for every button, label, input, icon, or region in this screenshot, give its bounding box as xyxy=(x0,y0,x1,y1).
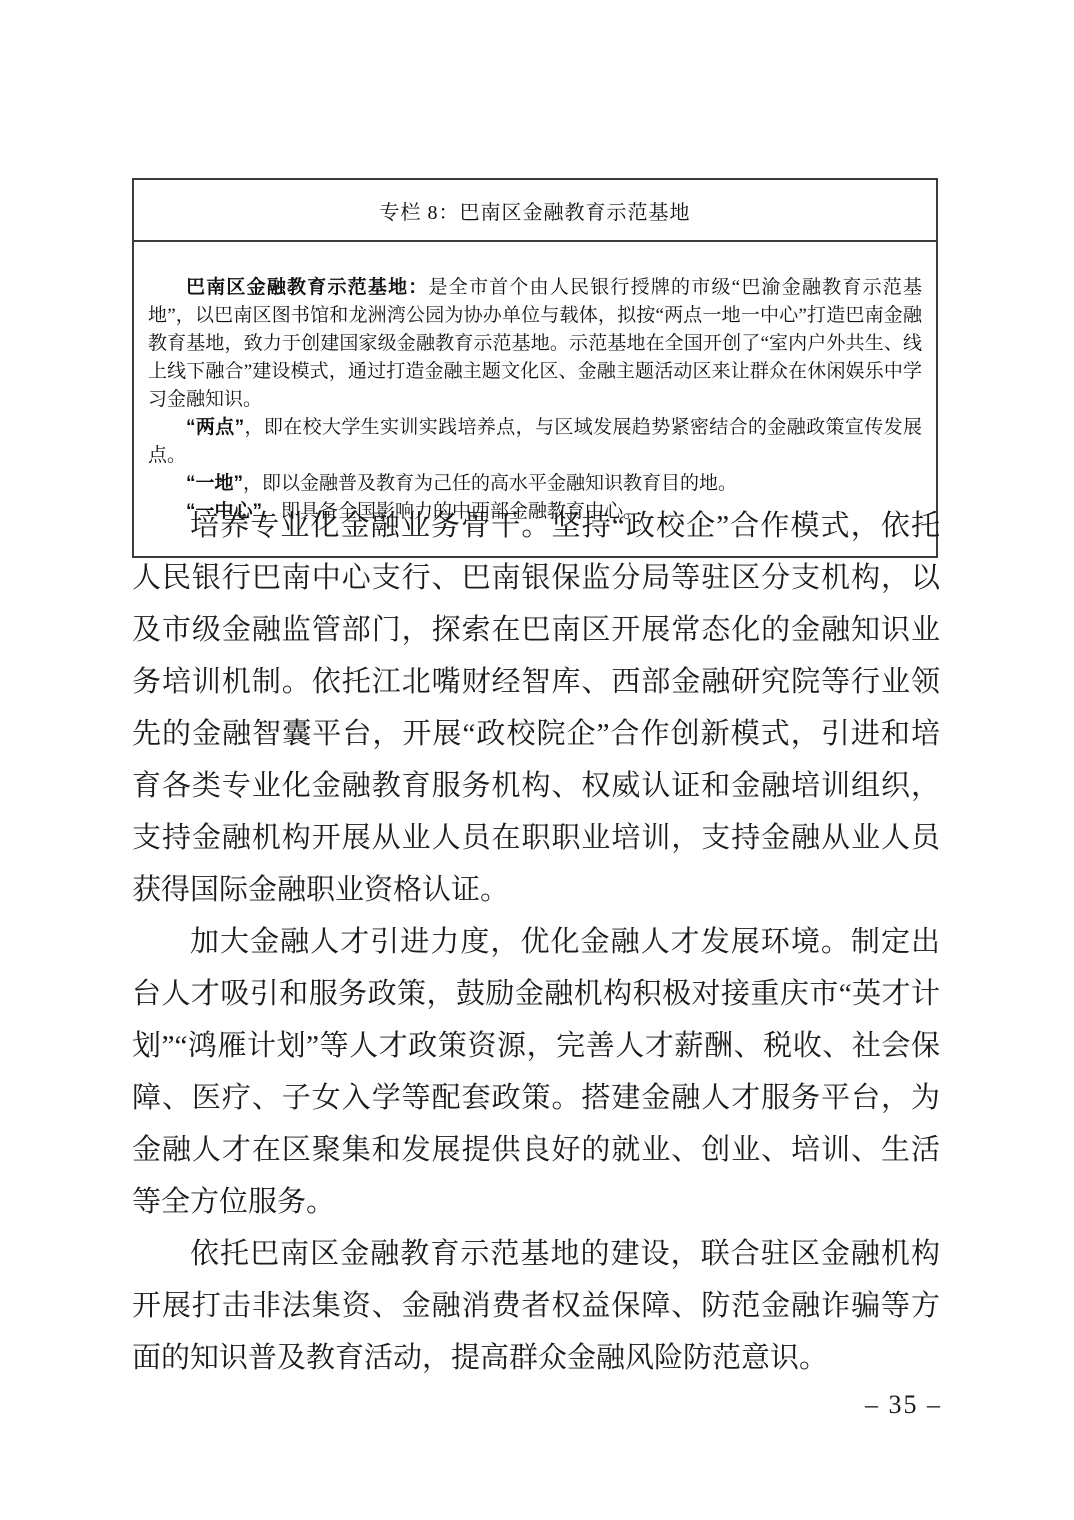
panel-bullet-text: ，即在校大学生实训实践培养点，与区域发展趋势紧密结合的金融政策宣传发展点。 xyxy=(148,417,922,466)
page-number: – 35 – xyxy=(865,1390,942,1420)
body-text-block: 培养专业化金融业务骨干。坚持“政校企”合作模式，依托人民银行巴南中心支行、巴南银… xyxy=(132,500,940,1384)
body-paragraph: 培养专业化金融业务骨干。坚持“政校企”合作模式，依托人民银行巴南中心支行、巴南银… xyxy=(132,500,940,916)
panel-title: 专栏 8：巴南区金融教育示范基地 xyxy=(134,180,936,242)
panel-bullet-lead: “一地” xyxy=(186,473,243,494)
panel-bullet: “两点”，即在校大学生实训实践培养点，与区域发展趋势紧密结合的金融政策宣传发展点… xyxy=(148,414,922,470)
panel-intro-lead: 巴南区金融教育示范基地： xyxy=(186,277,429,298)
panel-bullet: “一地”，即以金融普及教育为己任的高水平金融知识教育目的地。 xyxy=(148,470,922,498)
panel-intro-paragraph: 巴南区金融教育示范基地：是全市首个由人民银行授牌的市级“巴渝金融教育示范基地”，… xyxy=(148,274,922,414)
panel-bullet-text: ，即以金融普及教育为己任的高水平金融知识教育目的地。 xyxy=(243,473,737,494)
panel-bullet-lead: “两点” xyxy=(186,417,244,438)
document-page: 专栏 8：巴南区金融教育示范基地 巴南区金融教育示范基地：是全市首个由人民银行授… xyxy=(0,0,1074,1520)
body-paragraph: 依托巴南区金融教育示范基地的建设，联合驻区金融机构开展打击非法集资、金融消费者权… xyxy=(132,1228,940,1384)
body-paragraph: 加大金融人才引进力度，优化金融人才发展环境。制定出台人才吸引和服务政策，鼓励金融… xyxy=(132,916,940,1228)
